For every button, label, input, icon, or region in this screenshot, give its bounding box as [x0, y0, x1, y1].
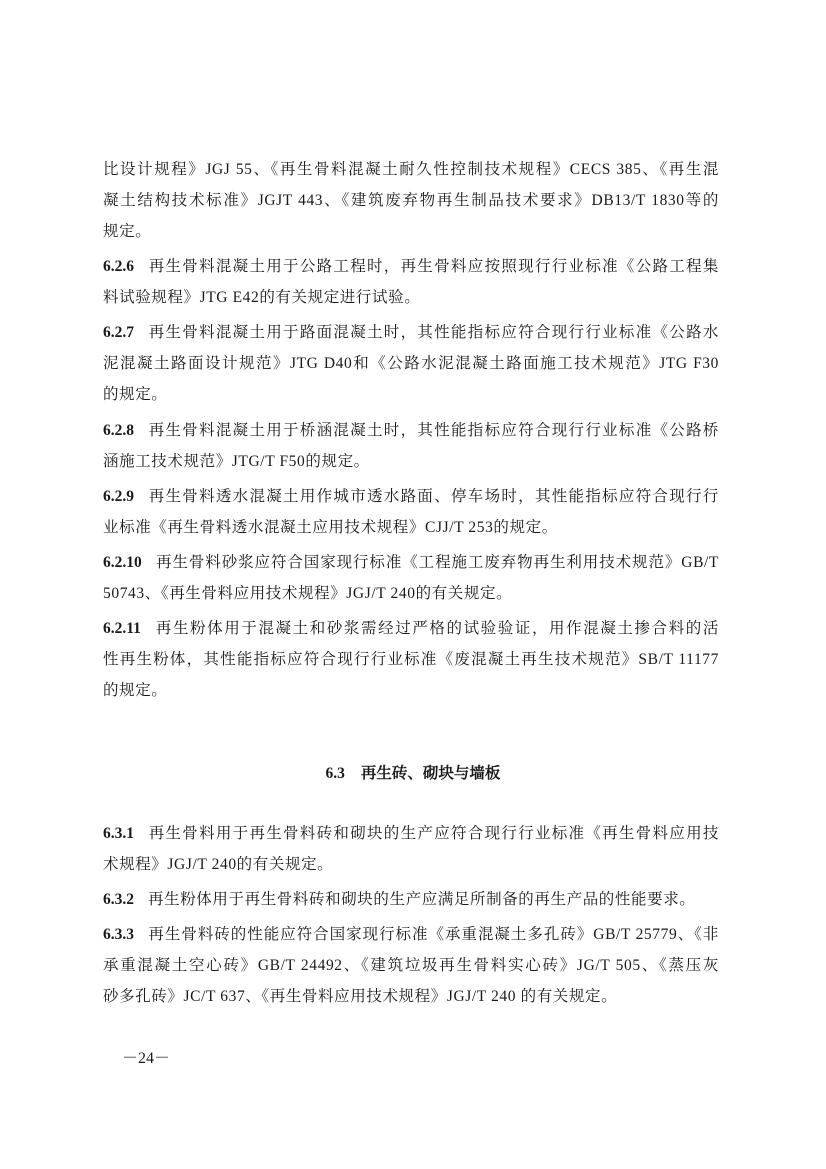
clause-6-2-7: 6.2.7再生骨料混凝土用于路面混凝土时，其性能指标应符合现行行业标准《公路水 — [103, 323, 719, 343]
clause-line: 泥混凝土路面设计规范》JTG D40和《公路水泥混凝土路面施工技术规范》JTG … — [103, 354, 719, 374]
clause-line: 业标准《再生骨料透水混凝土应用技术规程》CJJ/T 253的规定。 — [103, 518, 719, 538]
clause-line: 砂多孔砖》JC/T 637、《再生骨料应用技术规程》JGJ/T 240 的有关规… — [103, 987, 719, 1007]
paragraph-line: 比设计规程》JGJ 55、《再生骨料混凝土耐久性控制技术规程》CECS 385、… — [103, 160, 719, 180]
clause-text: 再生粉体用于再生骨料砖和砌块的生产应满足所制备的再生产品的性能要求。 — [148, 891, 695, 908]
clause-6-3-2: 6.3.2再生粉体用于再生骨料砖和砌块的生产应满足所制备的再生产品的性能要求。 — [103, 890, 719, 910]
clause-line: 涵施工技术规范》JTG/T F50的规定。 — [103, 452, 719, 472]
clause-line: 50743、《再生骨料应用技术规程》JGJ/T 240的有关规定。 — [103, 584, 719, 604]
clause-text: 再生骨料混凝土用于路面混凝土时，其性能指标应符合现行行业标准《公路水 — [148, 324, 719, 341]
clause-line: 的规定。 — [103, 681, 719, 701]
clause-line: 性再生粉体，其性能指标应符合现行行业标准《废混凝土再生技术规范》SB/T 111… — [103, 650, 719, 670]
clause-number: 6.3.1 — [103, 825, 134, 842]
clause-6-3-1: 6.3.1再生骨料用于再生骨料砖和砌块的生产应符合现行行业标准《再生骨料应用技 — [103, 824, 719, 844]
clause-text: 再生骨料透水混凝土用作城市透水路面、停车场时，其性能指标应符合现行行 — [148, 488, 719, 505]
clause-number: 6.3.3 — [103, 926, 134, 943]
clause-number: 6.2.10 — [103, 554, 142, 571]
clause-text: 再生骨料混凝土用于桥涵混凝土时，其性能指标应符合现行行业标准《公路桥 — [148, 422, 719, 439]
clause-6-3-3: 6.3.3再生骨料砖的性能应符合国家现行标准《承重混凝土多孔砖》GB/T 257… — [103, 925, 719, 945]
section-number: 6.3 — [326, 765, 345, 782]
clause-6-2-6: 6.2.6再生骨料混凝土用于公路工程时，再生骨料应按照现行行业标准《公路工程集 — [103, 257, 719, 277]
clause-text: 再生骨料砖的性能应符合国家现行标准《承重混凝土多孔砖》GB/T 25779、《非 — [148, 926, 719, 943]
section-heading: 6.3再生砖、砌块与墙板 — [0, 764, 826, 784]
clause-text: 再生粉体用于混凝土和砂浆需经过严格的试验验证，用作混凝土掺合料的活 — [155, 620, 719, 637]
clause-6-2-10: 6.2.10再生骨料砂浆应符合国家现行标准《工程施工废弃物再生利用技术规范》GB… — [103, 553, 719, 573]
clause-line: 的规定。 — [103, 385, 719, 405]
clause-number: 6.2.6 — [103, 258, 134, 275]
page-number: －24－ — [122, 1049, 170, 1069]
clause-number: 6.2.9 — [103, 488, 134, 505]
section-title: 再生砖、砌块与墙板 — [361, 765, 501, 782]
clause-6-2-11: 6.2.11再生粉体用于混凝土和砂浆需经过严格的试验验证，用作混凝土掺合料的活 — [103, 619, 719, 639]
clause-text: 再生骨料混凝土用于公路工程时，再生骨料应按照现行行业标准《公路工程集 — [148, 258, 719, 275]
clause-number: 6.3.2 — [103, 891, 134, 908]
clause-number: 6.2.7 — [103, 324, 134, 341]
clause-6-2-9: 6.2.9再生骨料透水混凝土用作城市透水路面、停车场时，其性能指标应符合现行行 — [103, 487, 719, 507]
clause-text: 再生骨料砂浆应符合国家现行标准《工程施工废弃物再生利用技术规范》GB/T — [156, 554, 719, 571]
clause-line: 术规程》JGJ/T 240的有关规定。 — [103, 855, 719, 875]
clause-line: 承重混凝土空心砖》GB/T 24492、《建筑垃圾再生骨料实心砖》JG/T 50… — [103, 956, 719, 976]
clause-number: 6.2.8 — [103, 422, 134, 439]
paragraph-line: 规定。 — [103, 222, 719, 242]
clause-line: 料试验规程》JTG E42的有关规定进行试验。 — [103, 288, 719, 308]
clause-6-2-8: 6.2.8再生骨料混凝土用于桥涵混凝土时，其性能指标应符合现行行业标准《公路桥 — [103, 421, 719, 441]
clause-number: 6.2.11 — [103, 620, 141, 637]
clause-text: 再生骨料用于再生骨料砖和砌块的生产应符合现行行业标准《再生骨料应用技 — [148, 825, 719, 842]
paragraph-line: 凝土结构技术标准》JGJT 443、《建筑废弃物再生制品技术要求》DB13/T … — [103, 191, 719, 211]
